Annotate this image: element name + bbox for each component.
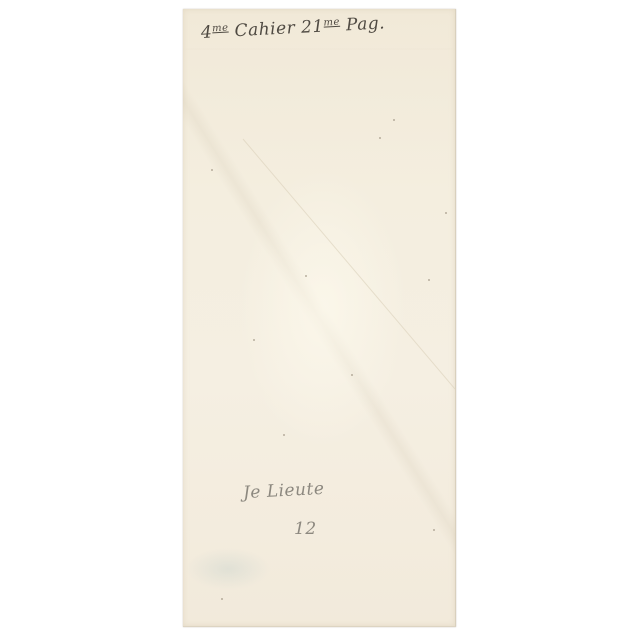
paper-sheet: 4me Cahier 21me Pag. Je Lieute 12 [183,9,456,627]
cahier-number-suffix: me [212,23,229,35]
paper-fold-crease [183,9,455,626]
paper-speck [305,275,307,277]
paper-speck [283,434,285,436]
paper-speck [253,339,255,341]
paper-speck [351,374,353,376]
paper-speck [433,529,435,531]
header-annotation: 4me Cahier 21me Pag. [200,13,385,43]
page-number: 21 [301,17,325,38]
cahier-word: Cahier [234,18,296,41]
footer-annotation-line1: Je Lieute [243,479,325,503]
photo-stage: 4me Cahier 21me Pag. Je Lieute 12 [0,0,640,640]
page-number-suffix: me [323,17,340,29]
page-abbrev: Pag. [345,13,385,35]
paper-speck [445,212,447,214]
paper-speck [428,279,430,281]
paper-speck [393,119,395,121]
footer-annotation-line2: 12 [294,519,317,539]
paper-speck [211,169,213,171]
paper-speck [379,137,381,139]
paper-speck [221,598,223,600]
